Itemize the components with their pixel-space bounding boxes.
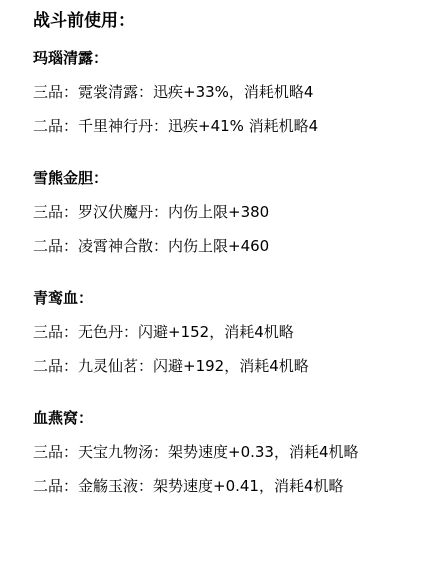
section-heading: 血燕窝： bbox=[33, 408, 409, 428]
section-heading: 玛瑙清露： bbox=[33, 48, 409, 68]
section-xueyanwo: 血燕窝： 三品：天宝九物汤：架势速度+0.33，消耗4机略 二品：金觞玉液：架势… bbox=[33, 408, 409, 496]
item-line-grade2: 二品：金觞玉液：架势速度+0.41，消耗4机略 bbox=[33, 476, 409, 496]
item-line-grade2: 二品：千里神行丹：迅疾+41% 消耗机略4 bbox=[33, 116, 409, 136]
item-line-grade3: 三品：天宝九物汤：架势速度+0.33，消耗4机略 bbox=[33, 442, 409, 462]
item-line-grade3: 三品：无色丹：闪避+152，消耗4机略 bbox=[33, 322, 409, 342]
item-line-grade3: 三品：霓裳清露：迅疾+33%，消耗机略4 bbox=[33, 82, 409, 102]
item-line-grade2: 二品：九灵仙茗：闪避+192，消耗4机略 bbox=[33, 356, 409, 376]
section-heading: 青鸾血： bbox=[33, 288, 409, 308]
section-manao-qinglu: 玛瑙清露： 三品：霓裳清露：迅疾+33%，消耗机略4 二品：千里神行丹：迅疾+4… bbox=[33, 48, 409, 136]
item-line-grade3: 三品：罗汉伏魔丹：内伤上限+380 bbox=[33, 202, 409, 222]
page-title: 战斗前使用： bbox=[33, 10, 409, 32]
section-heading: 雪熊金胆： bbox=[33, 168, 409, 188]
document: 战斗前使用： 玛瑙清露： 三品：霓裳清露：迅疾+33%，消耗机略4 二品：千里神… bbox=[0, 0, 423, 496]
section-xuexiong-jindan: 雪熊金胆： 三品：罗汉伏魔丹：内伤上限+380 二品：凌霄神合散：内伤上限+46… bbox=[33, 168, 409, 256]
section-qingluan-xue: 青鸾血： 三品：无色丹：闪避+152，消耗4机略 二品：九灵仙茗：闪避+192，… bbox=[33, 288, 409, 376]
item-line-grade2: 二品：凌霄神合散：内伤上限+460 bbox=[33, 236, 409, 256]
